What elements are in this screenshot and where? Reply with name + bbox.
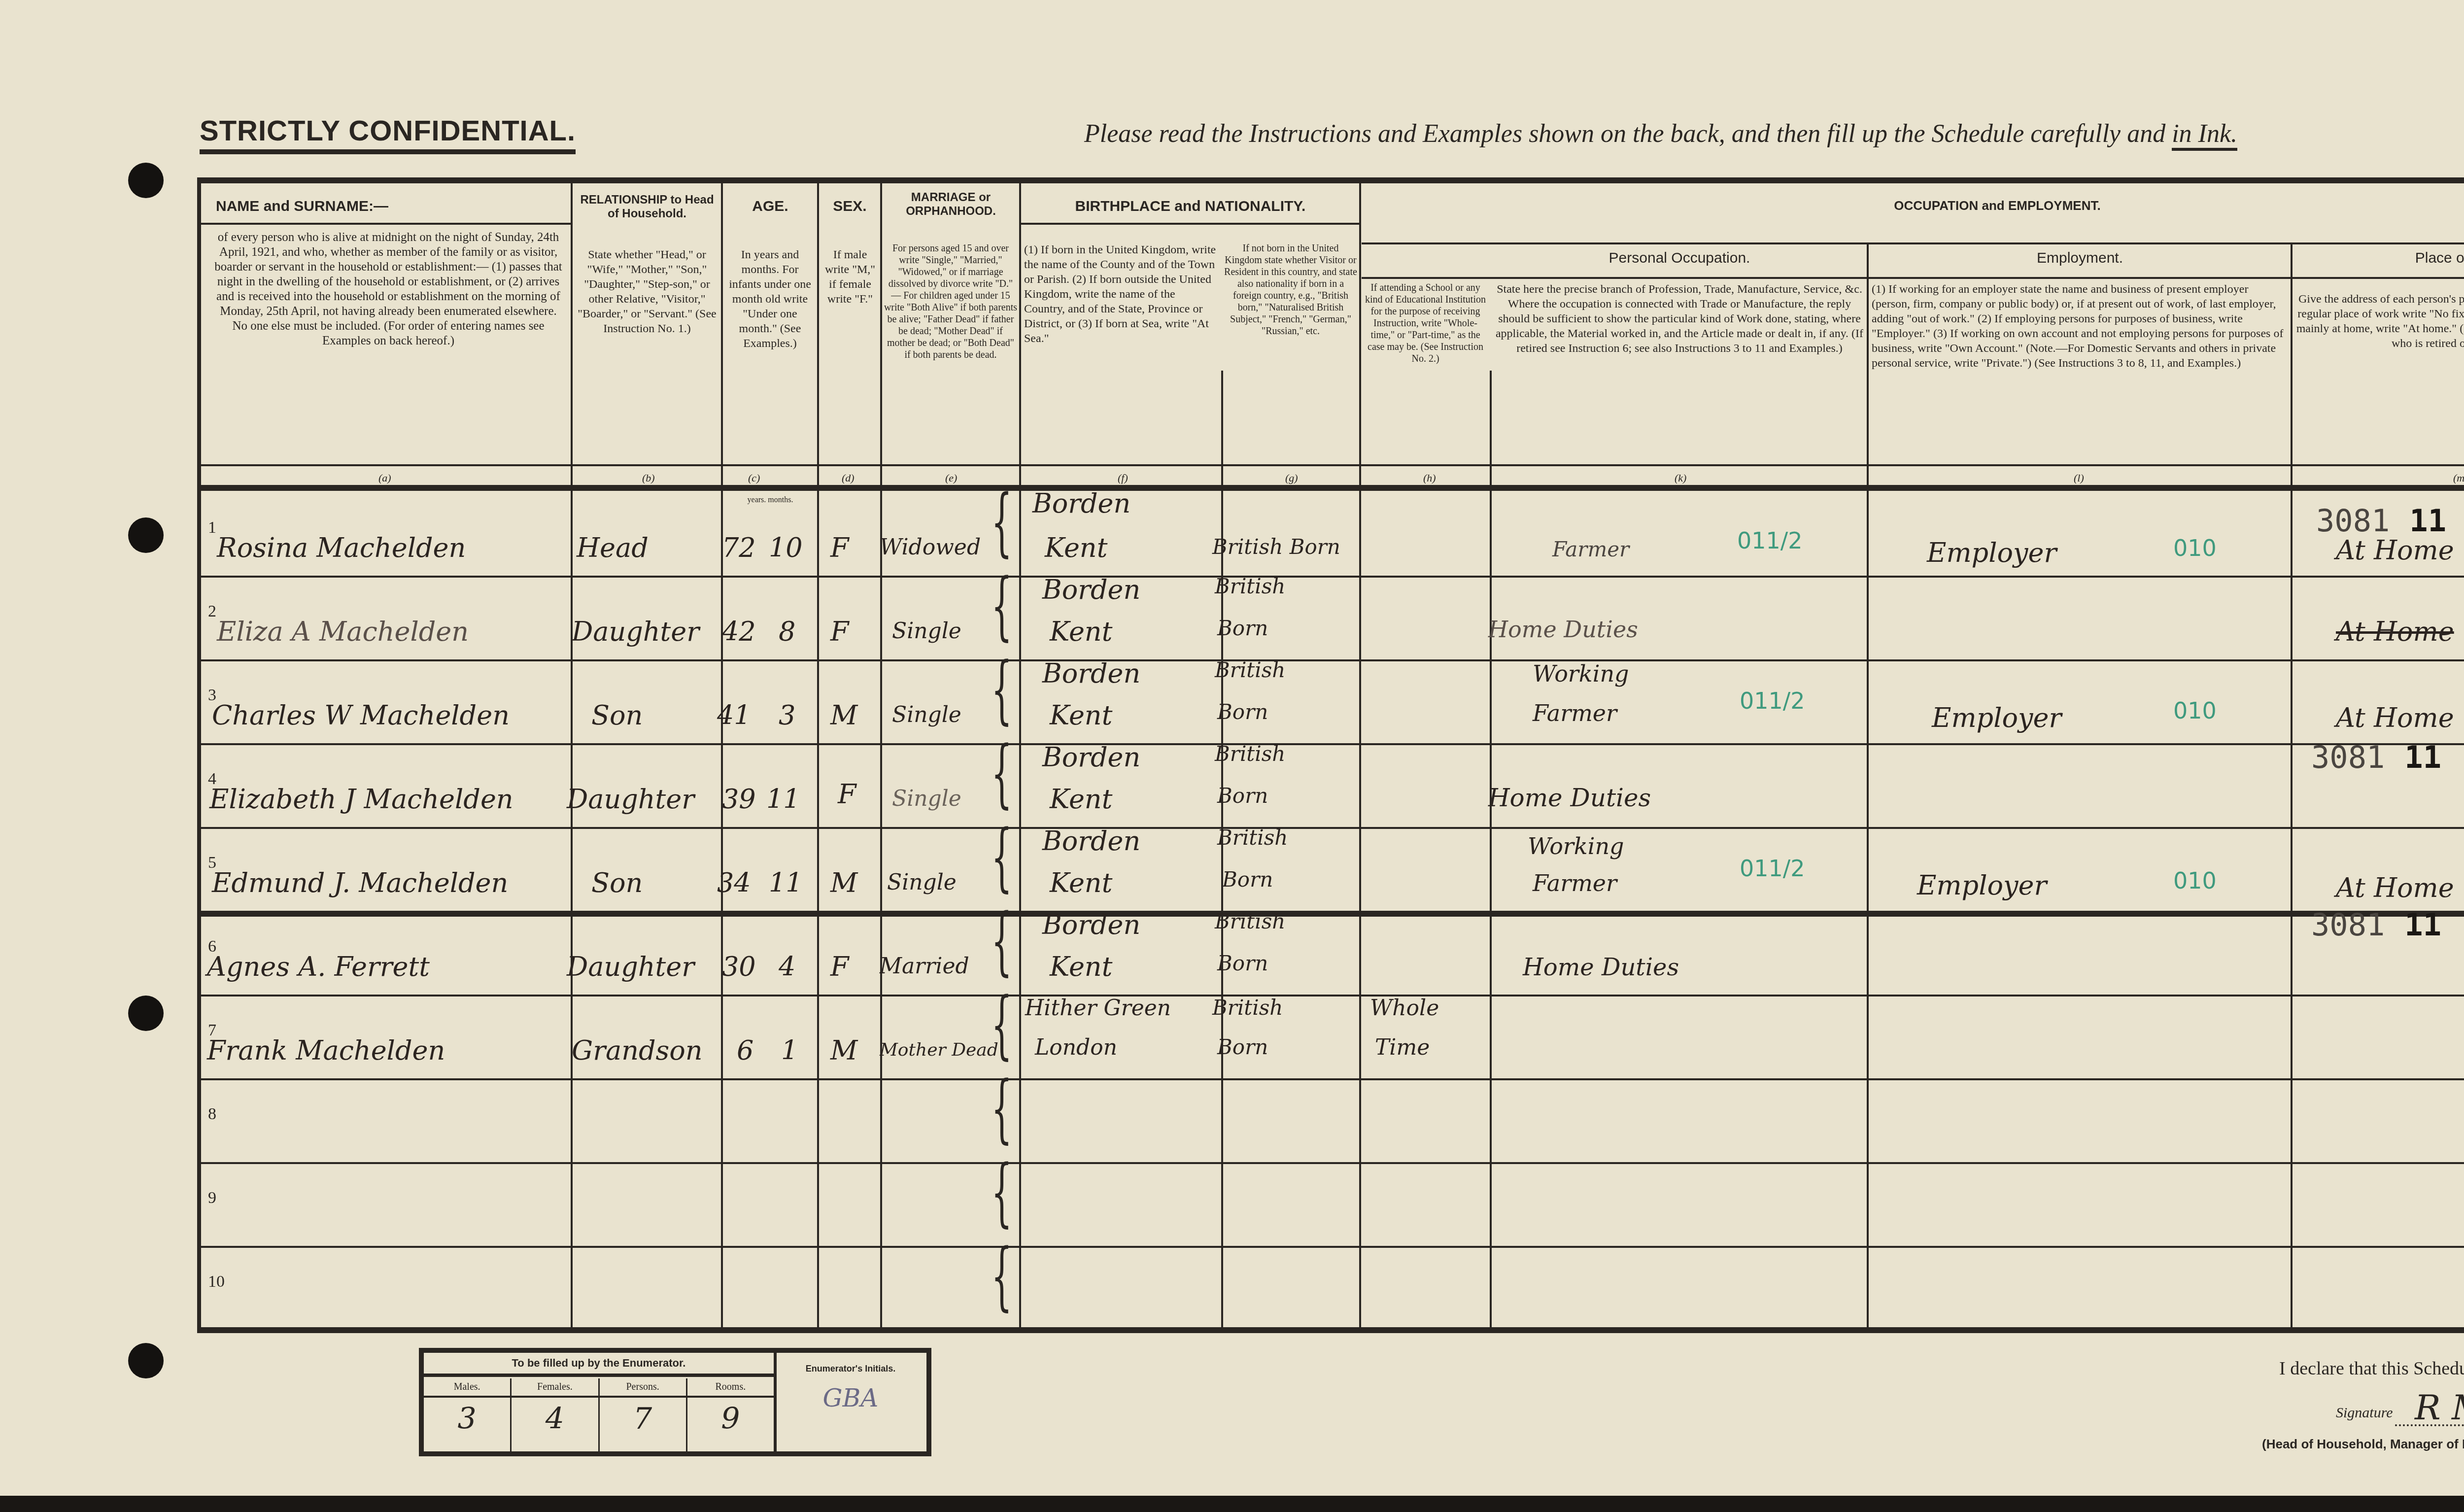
place-code-stamp: 308111 xyxy=(2316,503,2446,539)
entry-birthplace-town[interactable]: Borden xyxy=(1042,658,1140,689)
entry-marriage[interactable]: Single xyxy=(892,619,961,644)
brace-icon: { xyxy=(991,737,1012,811)
col-letter: (f) xyxy=(1118,472,1128,484)
employment-code: 010 xyxy=(2173,697,2217,724)
entry-occupation[interactable]: Farmer xyxy=(1533,870,1617,896)
employment-code: 010 xyxy=(2173,867,2217,894)
header-occupation-group: OCCUPATION and EMPLOYMENT. xyxy=(1362,198,2464,213)
binding-hole xyxy=(128,996,164,1031)
entry-birthplace-county[interactable]: Kent xyxy=(1050,951,1112,982)
col-letter: (c) xyxy=(748,472,760,484)
entry-nationality-2[interactable]: Born xyxy=(1222,867,1273,892)
females-label: Females. xyxy=(512,1378,598,1398)
rule xyxy=(1362,242,2464,244)
row-rule xyxy=(201,995,2464,997)
row-number: 2 xyxy=(208,602,216,621)
males-value: 3 xyxy=(424,1398,510,1436)
age-subhead: years. months. xyxy=(723,493,817,508)
brace-icon: { xyxy=(991,569,1012,643)
entry-birthplace-county[interactable]: Kent xyxy=(1050,867,1112,898)
brace-icon: { xyxy=(991,485,1012,559)
entry-age-years[interactable]: 30 xyxy=(722,951,756,982)
col-letter: (l) xyxy=(2074,472,2084,484)
rule xyxy=(1362,277,2464,279)
entry-sex[interactable]: F xyxy=(830,951,849,982)
entry-sex[interactable]: F xyxy=(838,779,856,810)
entry-name[interactable]: Edmund J. Machelden xyxy=(212,867,508,898)
entry-relation[interactable]: Son xyxy=(591,700,643,731)
entry-marriage[interactable]: Mother Dead xyxy=(880,1040,998,1060)
binding-hole xyxy=(128,1343,164,1378)
place-code: 3081 xyxy=(2316,503,2390,539)
entry-occupation[interactable]: Home Duties xyxy=(1488,616,1638,643)
instructions-line: Please read the Instructions and Example… xyxy=(1084,119,2237,148)
place-code-stamp: 308111 xyxy=(2311,907,2441,943)
persons-value: 7 xyxy=(600,1398,686,1436)
entry-marriage[interactable]: Single xyxy=(892,786,961,811)
header-age: AGE. xyxy=(723,198,817,215)
entry-birthplace-county[interactable]: Kent xyxy=(1050,700,1112,731)
header-personal-occupation: Personal Occupation. xyxy=(1492,250,1867,267)
entry-age-months[interactable]: 11 xyxy=(766,784,800,815)
header-name: NAME and SURNAME:— xyxy=(216,198,388,215)
entry-age-years[interactable]: 39 xyxy=(722,784,756,815)
col-letter: (d) xyxy=(842,472,855,484)
col-letter: (h) xyxy=(1423,472,1436,484)
rule xyxy=(1019,223,1359,225)
entry-birthplace-county[interactable]: Kent xyxy=(1050,616,1112,647)
entry-age-years[interactable]: 34 xyxy=(717,867,751,898)
place-code-2: 11 xyxy=(2404,739,2441,775)
entry-relation[interactable]: Son xyxy=(591,867,643,898)
entry-age-months[interactable]: 10 xyxy=(769,532,803,563)
entry-birthplace-town[interactable]: Borden xyxy=(1042,574,1140,605)
entry-nationality-2[interactable]: Born xyxy=(1217,616,1268,640)
desc-nationality: If not born in the United Kingdom state … xyxy=(1224,242,1358,337)
entry-marriage[interactable]: Married xyxy=(880,954,969,979)
entry-birthplace-county[interactable]: London xyxy=(1035,1035,1117,1060)
entry-nationality[interactable]: British xyxy=(1215,574,1285,598)
entry-birthplace-county[interactable]: Kent xyxy=(1050,784,1112,815)
row-rule xyxy=(201,1162,2464,1164)
entry-relation[interactable]: Grandson xyxy=(572,1035,703,1066)
col-letter: (k) xyxy=(1675,472,1686,484)
desc-place-of-work: Give the address of each person's place … xyxy=(2295,292,2464,351)
entry-age-months[interactable]: 8 xyxy=(779,616,795,647)
entry-age-years[interactable]: 6 xyxy=(737,1035,753,1066)
entry-place-of-work-struck[interactable]: At Home xyxy=(2336,616,2454,647)
desc-school: If attending a School or any kind of Edu… xyxy=(1363,282,1488,365)
desc-birthplace: (1) If born in the United Kingdom, write… xyxy=(1024,242,1219,346)
males-cell[interactable]: Males.3 xyxy=(424,1378,510,1451)
desc-personal-occupation: State here the precise branch of Profess… xyxy=(1495,282,1864,356)
place-code-2: 11 xyxy=(2409,503,2446,539)
entry-name[interactable]: Eliza A Machelden xyxy=(217,616,469,647)
household-schedule-table: NAME and SURNAME:— RELATIONSHIP to Head … xyxy=(197,177,2464,1333)
place-code-2: 11 xyxy=(2404,907,2441,943)
entry-marriage[interactable]: Widowed xyxy=(880,535,981,560)
entry-occupation-1[interactable]: Working xyxy=(1533,660,1629,687)
brace-icon: { xyxy=(991,1156,1012,1230)
entry-name[interactable]: Agnes A. Ferrett xyxy=(207,951,430,982)
persons-cell[interactable]: Persons.7 xyxy=(598,1378,686,1451)
entry-name[interactable]: Rosina Machelden xyxy=(217,532,466,563)
entry-relation[interactable]: Head xyxy=(577,532,649,563)
row-rule xyxy=(201,659,2464,661)
entry-nationality-2[interactable]: Born xyxy=(1217,951,1268,975)
col-divider xyxy=(571,183,573,1327)
entry-nationality-2[interactable]: Born xyxy=(1217,784,1268,808)
entry-name[interactable]: Charles W Machelden xyxy=(212,700,510,731)
entry-employment[interactable]: Employer xyxy=(1917,870,2047,901)
rule xyxy=(201,464,2464,466)
entry-place-of-work[interactable]: At Home xyxy=(2336,872,2454,903)
entry-relation[interactable]: Daughter xyxy=(567,784,694,815)
entry-occupation-1[interactable]: Working xyxy=(1528,833,1624,859)
row-rule xyxy=(201,1078,2464,1080)
col-divider xyxy=(1490,371,1492,1327)
instructions-text: Please read the Instructions and Example… xyxy=(1084,120,2172,148)
entry-employment[interactable]: Employer xyxy=(1927,537,2056,568)
entry-age-years[interactable]: 72 xyxy=(722,532,756,563)
entry-school-1[interactable]: Whole xyxy=(1370,996,1439,1021)
entry-marriage[interactable]: Single xyxy=(892,702,961,727)
entry-name[interactable]: Elizabeth J Machelden xyxy=(209,784,513,815)
place-code-stamp: 308111 xyxy=(2311,739,2441,775)
initials-label: Enumerator's Initials. xyxy=(777,1353,924,1374)
brace-icon: { xyxy=(991,653,1012,727)
entry-nationality-2[interactable]: Born xyxy=(1217,700,1268,724)
entry-birthplace-town[interactable]: Hither Green xyxy=(1025,996,1171,1021)
entry-employment[interactable]: Employer xyxy=(1932,702,2061,733)
signature-label: Signature xyxy=(2336,1405,2393,1421)
col-divider xyxy=(880,183,882,1327)
employment-code: 010 xyxy=(2173,535,2217,561)
desc-age: In years and months. For infants under o… xyxy=(724,247,816,351)
entry-sex[interactable]: M xyxy=(830,867,857,898)
entry-nationality[interactable]: British xyxy=(1215,742,1285,766)
entry-sex[interactable]: M xyxy=(830,700,857,731)
row-rule xyxy=(201,1246,2464,1248)
col-divider xyxy=(721,183,723,1327)
entry-nationality[interactable]: British xyxy=(1215,658,1285,682)
brace-icon: { xyxy=(991,904,1012,978)
occupation-code: 011/2 xyxy=(1740,855,1805,882)
entry-age-years[interactable]: 42 xyxy=(722,616,756,647)
entry-nationality-2[interactable]: Born xyxy=(1217,1035,1268,1059)
col-letter: (g) xyxy=(1285,472,1298,484)
declaration-text: I declare that this Schedule is correctl… xyxy=(2279,1358,2464,1379)
entry-birthplace-town[interactable]: Borden xyxy=(1042,742,1140,773)
col-divider xyxy=(1359,183,1361,1327)
desc-marriage: For persons aged 15 and over write "Sing… xyxy=(884,242,1018,361)
header-sex: SEX. xyxy=(820,198,880,215)
col-divider xyxy=(1867,242,1869,1327)
entry-marriage[interactable]: Single xyxy=(887,870,957,895)
enumerator-totals-box: To be filled up by the Enumerator. Males… xyxy=(419,1348,931,1456)
males-label: Males. xyxy=(424,1378,510,1398)
entry-age-months[interactable]: 1 xyxy=(781,1035,798,1066)
col-divider xyxy=(817,183,819,1327)
entry-birthplace-town[interactable]: Borden xyxy=(1032,488,1130,519)
entry-nationality[interactable]: British xyxy=(1212,996,1283,1020)
desc-sex: If male write "M," if female write "F." xyxy=(821,247,879,307)
signature-caption: (Head of Household, Manager of Establish… xyxy=(2262,1437,2464,1452)
col-letter: (b) xyxy=(642,472,655,484)
entry-place-of-work[interactable]: At Home xyxy=(2336,535,2454,566)
rooms-label: Rooms. xyxy=(687,1378,774,1398)
row-rule xyxy=(201,911,2464,917)
enumerator-box-title: To be filled up by the Enumerator. xyxy=(424,1357,774,1377)
col-letter: (e) xyxy=(945,472,957,484)
initials-value: GBA xyxy=(777,1374,924,1412)
entry-relation[interactable]: Daughter xyxy=(567,951,694,982)
row-rule xyxy=(201,743,2464,745)
entry-occupation[interactable]: Home Duties xyxy=(1523,954,1679,981)
header-relationship: RELATIONSHIP to Head of Household. xyxy=(573,193,721,221)
occupation-code: 011/2 xyxy=(1737,527,1803,554)
row-number: 8 xyxy=(208,1105,216,1124)
desc-employment: (1) If working for an employer state the… xyxy=(1872,282,2288,371)
females-cell[interactable]: Females.4 xyxy=(510,1378,598,1451)
census-form-page: STRICTLY CONFIDENTIAL. Please read the I… xyxy=(0,0,2464,1496)
signature-value[interactable]: R Machelden xyxy=(2415,1387,2464,1428)
signature-line xyxy=(2395,1424,2464,1426)
enumerator-initials-cell[interactable]: Enumerator's Initials. GBA xyxy=(774,1353,924,1451)
ink-emphasis: in Ink. xyxy=(2172,120,2237,151)
entry-sex[interactable]: F xyxy=(830,532,849,563)
entry-age-months[interactable]: 3 xyxy=(779,700,795,731)
entry-nationality[interactable]: British xyxy=(1217,825,1288,850)
entry-nationality[interactable]: British Born xyxy=(1212,535,1340,559)
binding-hole xyxy=(128,517,164,553)
desc-relationship: State whether "Head," or "Wife," "Mother… xyxy=(576,247,719,336)
entry-age-months[interactable]: 11 xyxy=(769,867,803,898)
entry-age-years[interactable]: 41 xyxy=(717,700,751,731)
entry-school-2[interactable]: Time xyxy=(1375,1035,1430,1060)
entry-nationality[interactable]: British xyxy=(1215,909,1285,933)
col-divider xyxy=(2291,242,2293,1327)
row-rule xyxy=(201,576,2464,578)
persons-label: Persons. xyxy=(600,1378,686,1398)
rule xyxy=(201,485,2464,491)
entry-sex[interactable]: M xyxy=(830,1035,857,1066)
rooms-value: 9 xyxy=(687,1398,774,1436)
brace-icon: { xyxy=(991,1072,1012,1146)
row-number: 9 xyxy=(208,1189,216,1207)
entry-birthplace-town[interactable]: Borden xyxy=(1042,909,1140,940)
rooms-cell[interactable]: Rooms.9 xyxy=(686,1378,774,1451)
entry-occupation[interactable]: Farmer xyxy=(1552,537,1629,561)
header-birthplace: BIRTHPLACE and NATIONALITY. xyxy=(1022,198,1359,215)
entry-sex[interactable]: F xyxy=(830,616,849,647)
entry-name[interactable]: Frank Machelden xyxy=(207,1035,445,1066)
row-number: 1 xyxy=(208,518,216,537)
binding-hole xyxy=(128,163,164,198)
col-letter: (a) xyxy=(378,472,391,484)
header-marriage: MARRIAGE or ORPHANHOOD. xyxy=(883,191,1019,218)
entry-occupation[interactable]: Farmer xyxy=(1533,700,1617,726)
entry-birthplace-town[interactable]: Borden xyxy=(1042,825,1140,857)
place-code: 3081 xyxy=(2311,739,2385,775)
header-place-of-work: Place of Work. xyxy=(2293,250,2464,267)
brace-icon: { xyxy=(991,821,1012,894)
brace-icon: { xyxy=(991,1239,1012,1313)
occupation-code: 011/2 xyxy=(1740,687,1805,714)
header-employment: Employment. xyxy=(1869,250,2291,267)
entry-birthplace-county[interactable]: Kent xyxy=(1045,532,1107,563)
row-rule xyxy=(201,827,2464,829)
females-value: 4 xyxy=(512,1398,598,1436)
brace-icon: { xyxy=(991,988,1012,1062)
confidential-heading: STRICTLY CONFIDENTIAL. xyxy=(200,114,576,154)
entry-place-of-work[interactable]: At Home xyxy=(2336,702,2454,733)
entry-age-months[interactable]: 4 xyxy=(779,951,795,982)
row-number: 10 xyxy=(208,1272,225,1291)
rule xyxy=(201,223,571,225)
entry-occupation[interactable]: Home Duties xyxy=(1488,784,1651,812)
desc-name: of every person who is alive at midnight… xyxy=(211,230,566,348)
col-letter: (m) xyxy=(2453,472,2464,484)
col-divider xyxy=(1019,183,1021,1327)
enumerator-cells: Males.3 Females.4 Persons.7 Rooms.9 xyxy=(424,1378,774,1451)
place-code: 3081 xyxy=(2311,907,2385,943)
entry-relation[interactable]: Daughter xyxy=(572,616,699,647)
